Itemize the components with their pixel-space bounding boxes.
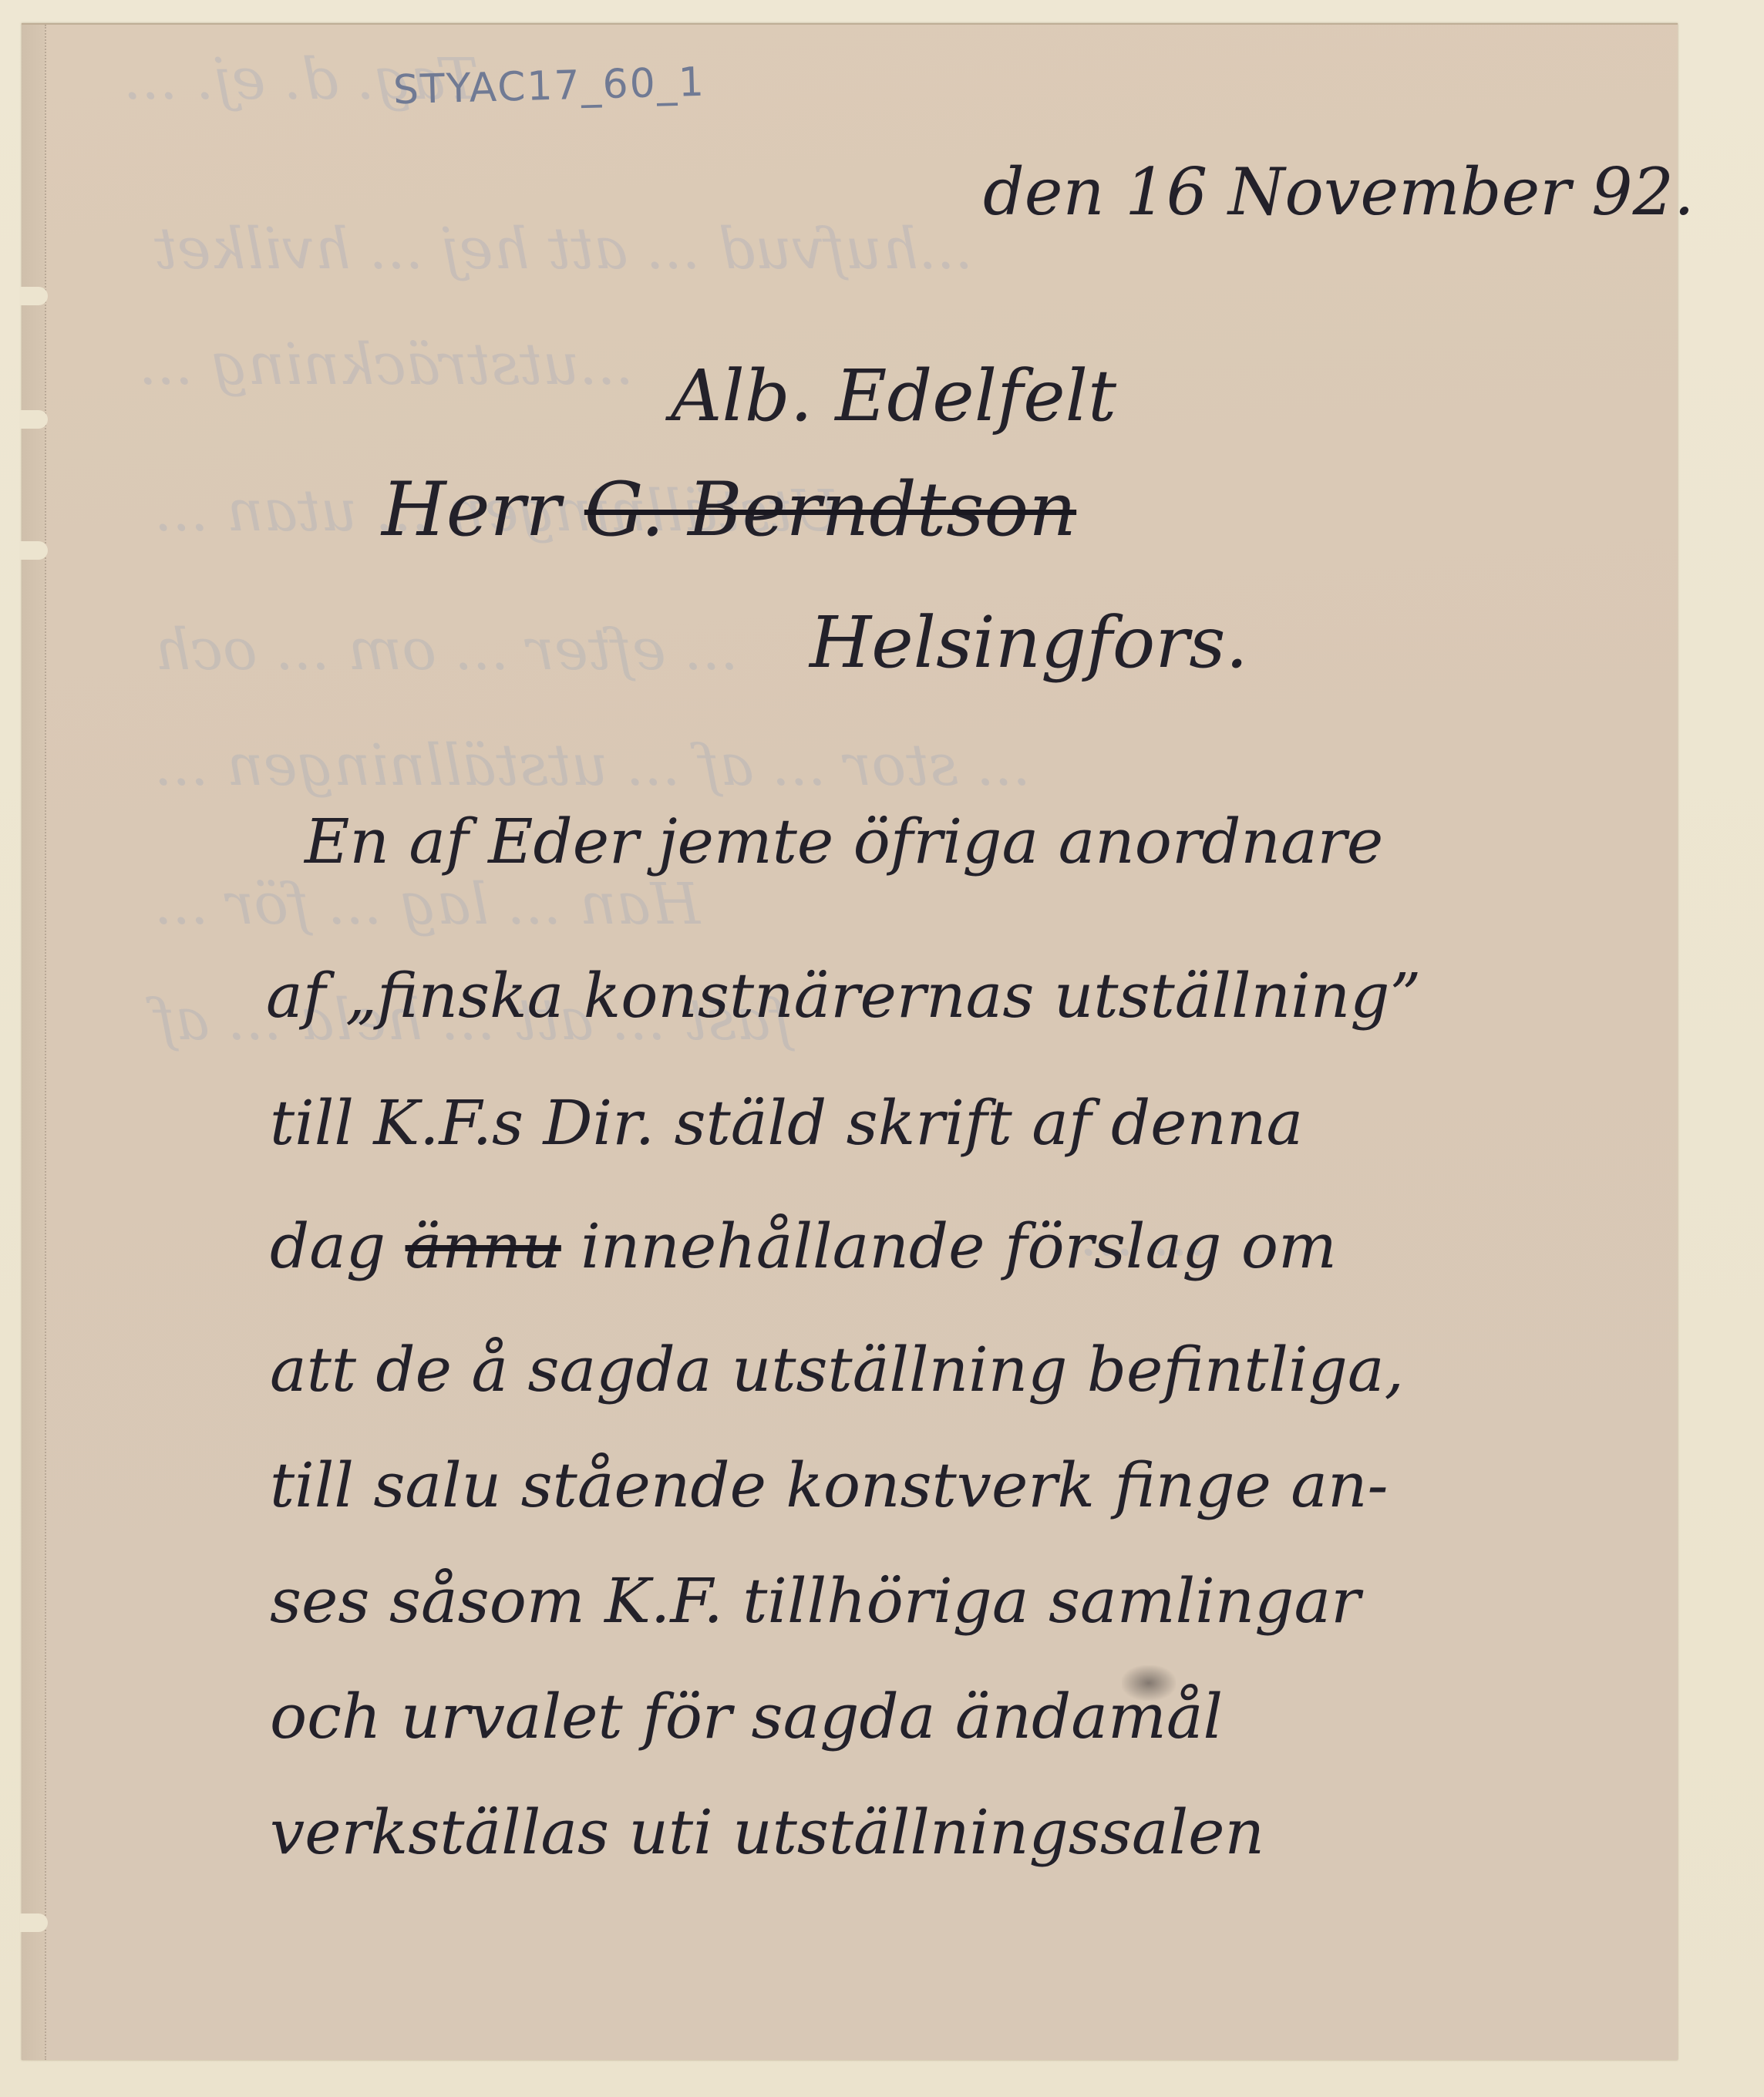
- letter-sheet: [22, 23, 1678, 2060]
- body-line: af „finska konstnärernas utställning”: [266, 960, 1421, 1032]
- body-line: till K.F.s Dir. stäld skrift af denna: [270, 1087, 1303, 1159]
- body-line: till salu stående konstverk finge an-: [270, 1449, 1389, 1521]
- addressee-line-herr: Herr G. Berndtson: [382, 466, 1076, 553]
- letter-date: den 16 November 92.: [983, 154, 1695, 230]
- body-line: ses såsom K.F. tillhöriga samlingar: [270, 1565, 1360, 1637]
- body-line: verkställas uti utställningssalen: [270, 1796, 1264, 1868]
- body-word: innehållande förslag om: [581, 1210, 1337, 1282]
- binding-hole-tear: [20, 541, 48, 560]
- addressee-city: Helsingfors.: [810, 601, 1248, 684]
- perforation-line: [45, 25, 46, 2060]
- body-word: dag: [270, 1210, 385, 1282]
- body-line: och urvalet för sagda ändamål: [270, 1681, 1223, 1752]
- body-line: att de å sagda utställning befintliga,: [270, 1334, 1404, 1405]
- binding-hole-tear: [20, 410, 48, 429]
- body-line: En af Eder jemte öfriga anordnare: [305, 806, 1383, 877]
- struck-word: ännu: [406, 1210, 561, 1282]
- ink-smudge: [1122, 1665, 1176, 1701]
- binding-hole-tear: [20, 287, 48, 305]
- body-line: dag ännu innehållande förslag om: [270, 1210, 1337, 1282]
- binding-edge: [22, 25, 45, 2060]
- struck-addressee-name: G. Berndtson: [584, 466, 1076, 553]
- addressee-name: Alb. Edelfelt: [671, 355, 1116, 437]
- binding-hole-tear: [20, 1914, 48, 1932]
- archive-reference-id: STYAC17_60_1: [392, 59, 705, 114]
- addressee-title: Herr: [382, 466, 561, 553]
